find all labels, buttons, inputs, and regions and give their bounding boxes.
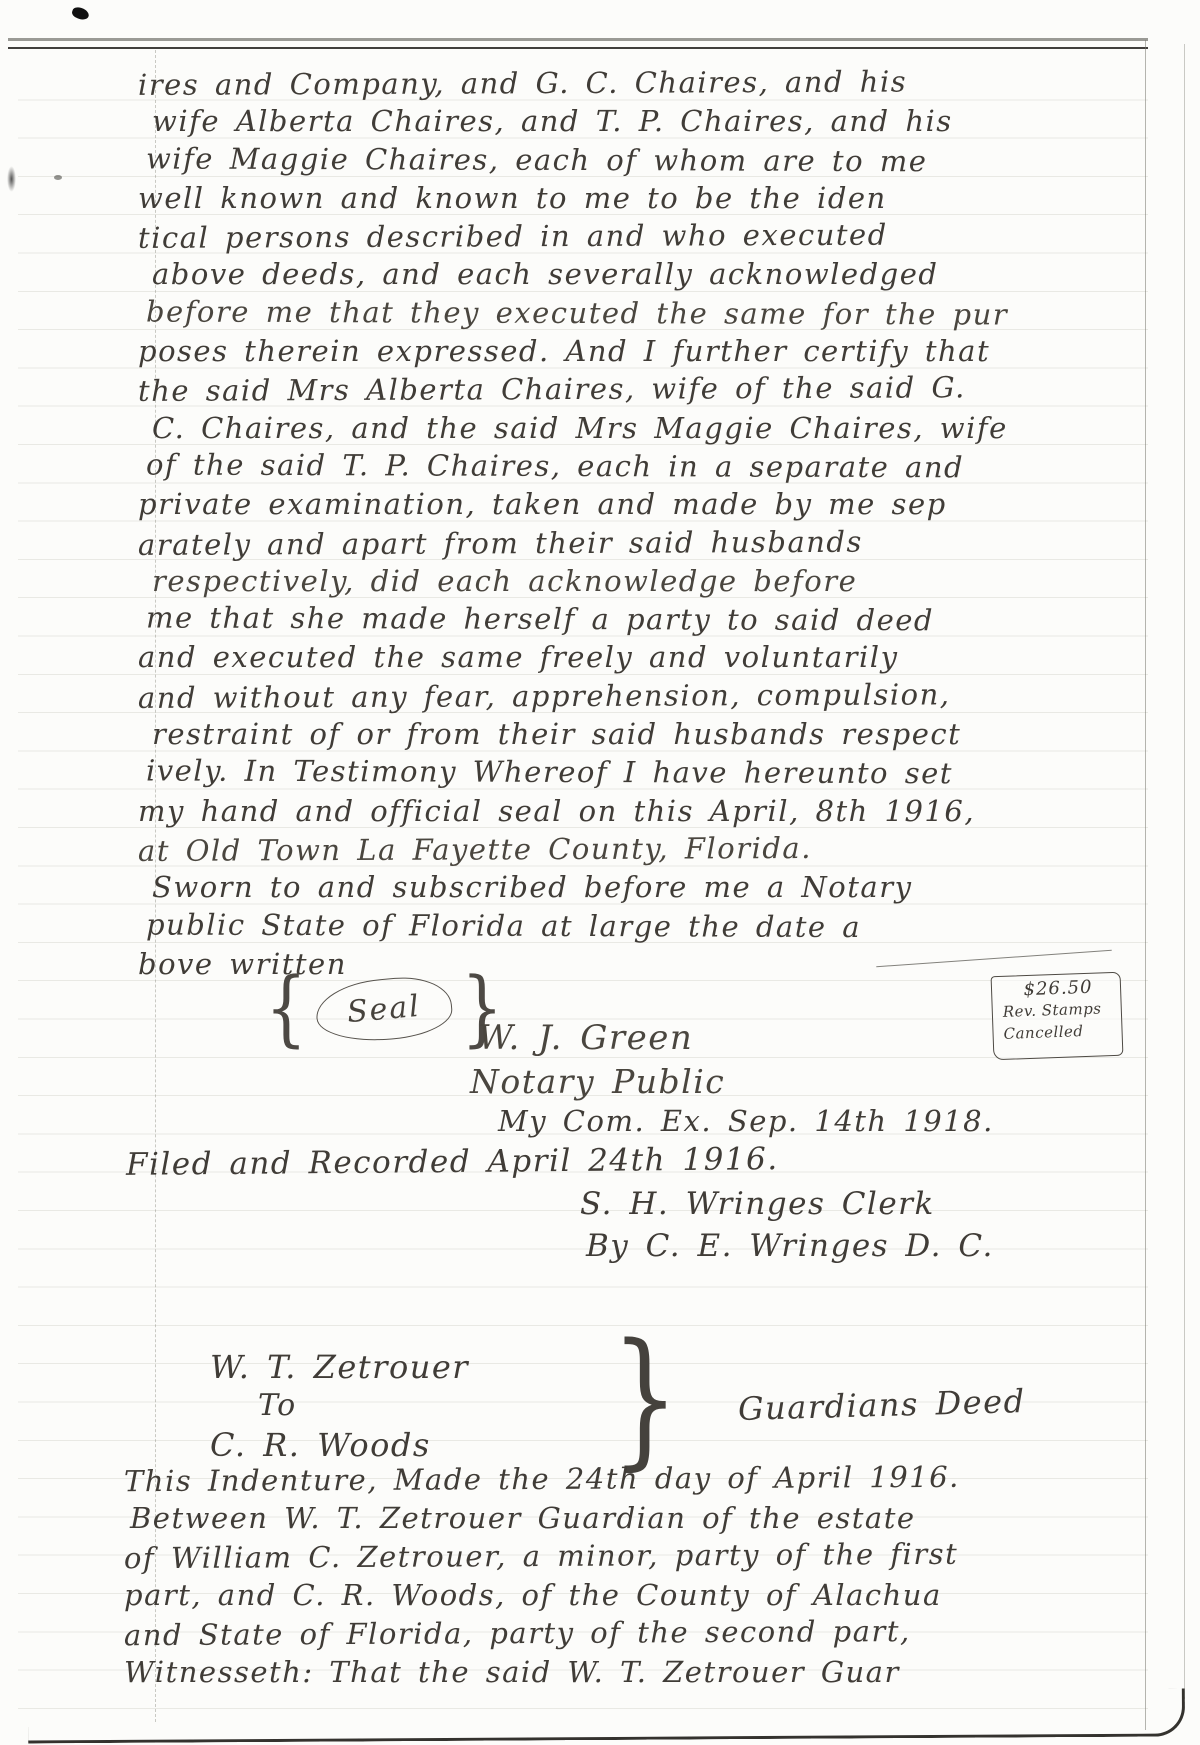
manuscript-line: and executed the same freely and volunta…: [138, 638, 1008, 676]
manuscript-line: and without any fear, apprehension, comp…: [138, 675, 1008, 717]
acknowledgment-text-block: ires and Company, and G. C. Chaires, and…: [138, 64, 1008, 983]
page-bottom-edge: [28, 1688, 1185, 1743]
manuscript-line: me that she made herself a party to said…: [138, 599, 1008, 640]
indenture-text-block: This Indenture, Made the 24th day of Apr…: [124, 1460, 960, 1692]
revenue-stamp-line2: Rev. Stamps: [1002, 997, 1115, 1023]
manuscript-line: respectively, did each acknowledge befor…: [138, 562, 1008, 600]
clerk-signature-line: S. H. Wringes Clerk: [580, 1186, 935, 1222]
manuscript-line: This Indenture, Made the 24th day of Apr…: [124, 1458, 960, 1501]
parties-brace: }: [611, 1330, 679, 1466]
seal-label: Seal: [314, 973, 455, 1046]
manuscript-line: Between W. T. Zetrouer Guardian of the e…: [124, 1499, 960, 1538]
top-rule-lower: [8, 47, 1148, 49]
notary-signature: W. J. Green: [478, 1018, 693, 1058]
manuscript-line: ires and Company, and G. C. Chaires, and…: [138, 62, 1008, 104]
manuscript-line: Sworn to and subscribed before me a Nota…: [138, 868, 1008, 906]
ink-blot: [71, 6, 91, 22]
manuscript-line: of William C. Zetrouer, a minor, party o…: [124, 1535, 960, 1578]
manuscript-line: and State of Florida, party of the secon…: [124, 1612, 960, 1655]
manuscript-line: poses therein expressed. And I further c…: [138, 332, 1008, 370]
manuscript-line: my hand and official seal on this April,…: [138, 792, 1008, 830]
to-label: To: [258, 1388, 297, 1423]
manuscript-line: restraint of or from their said husbands…: [138, 715, 1008, 753]
seal-brace-left: {: [265, 968, 307, 1050]
manuscript-line: the said Mrs Alberta Chaires, wife of th…: [138, 368, 1008, 410]
scan-speck: [7, 166, 16, 192]
manuscript-line: of the said T. P. Chaires, each in a sep…: [138, 445, 1008, 486]
manuscript-line: ively. In Testimony Whereof I have hereu…: [138, 752, 1008, 793]
revenue-stamp-line3: Cancelled: [1003, 1019, 1116, 1045]
top-rule-upper: [8, 38, 1148, 41]
manuscript-line: arately and apart from their said husban…: [138, 522, 1008, 564]
manuscript-line: public State of Florida at large the dat…: [138, 905, 1008, 946]
manuscript-line: at Old Town La Fayette County, Florida.: [138, 828, 1008, 870]
deputy-clerk-signature-line: By C. E. Wringes D. C.: [586, 1228, 994, 1264]
manuscript-line: well known and known to me to be the ide…: [138, 179, 1008, 217]
manuscript-line: part, and C. R. Woods, of the County of …: [124, 1576, 960, 1615]
commission-expiry-line: My Com. Ex. Sep. 14th 1918.: [498, 1104, 994, 1138]
manuscript-line: wife Maggie Chaires, each of whom are to…: [138, 139, 1008, 180]
scan-speck: [54, 175, 62, 180]
manuscript-line: C. Chaires, and the said Mrs Maggie Chai…: [138, 409, 1008, 447]
grantor-name: W. T. Zetrouer: [210, 1348, 469, 1386]
manuscript-line: tical persons described in and who execu…: [138, 215, 1008, 257]
manuscript-line: above deeds, and each severally acknowle…: [138, 255, 1008, 293]
revenue-stamp-box: $26.50 Rev. Stamps Cancelled: [991, 972, 1124, 1060]
manuscript-line: before me that they executed the same fo…: [138, 292, 1008, 333]
notary-title: Notary Public: [470, 1062, 725, 1101]
manuscript-line: wife Alberta Chaires, and T. P. Chaires,…: [138, 102, 1008, 140]
instrument-title: Guardians Deed: [738, 1382, 1027, 1428]
page-right-edge-line: [1184, 44, 1185, 1699]
manuscript-line: Witnesseth: That the said W. T. Zetrouer…: [124, 1653, 960, 1692]
right-margin-line: [1145, 40, 1146, 1730]
grantee-name: C. R. Woods: [210, 1426, 431, 1464]
manuscript-line: private examination, taken and made by m…: [138, 485, 1008, 523]
notary-seal: { Seal }: [260, 968, 508, 1050]
filed-recorded-line: Filed and Recorded April 24th 1916.: [126, 1141, 779, 1183]
scanned-deed-record-page: ires and Company, and G. C. Chaires, and…: [0, 0, 1200, 1745]
